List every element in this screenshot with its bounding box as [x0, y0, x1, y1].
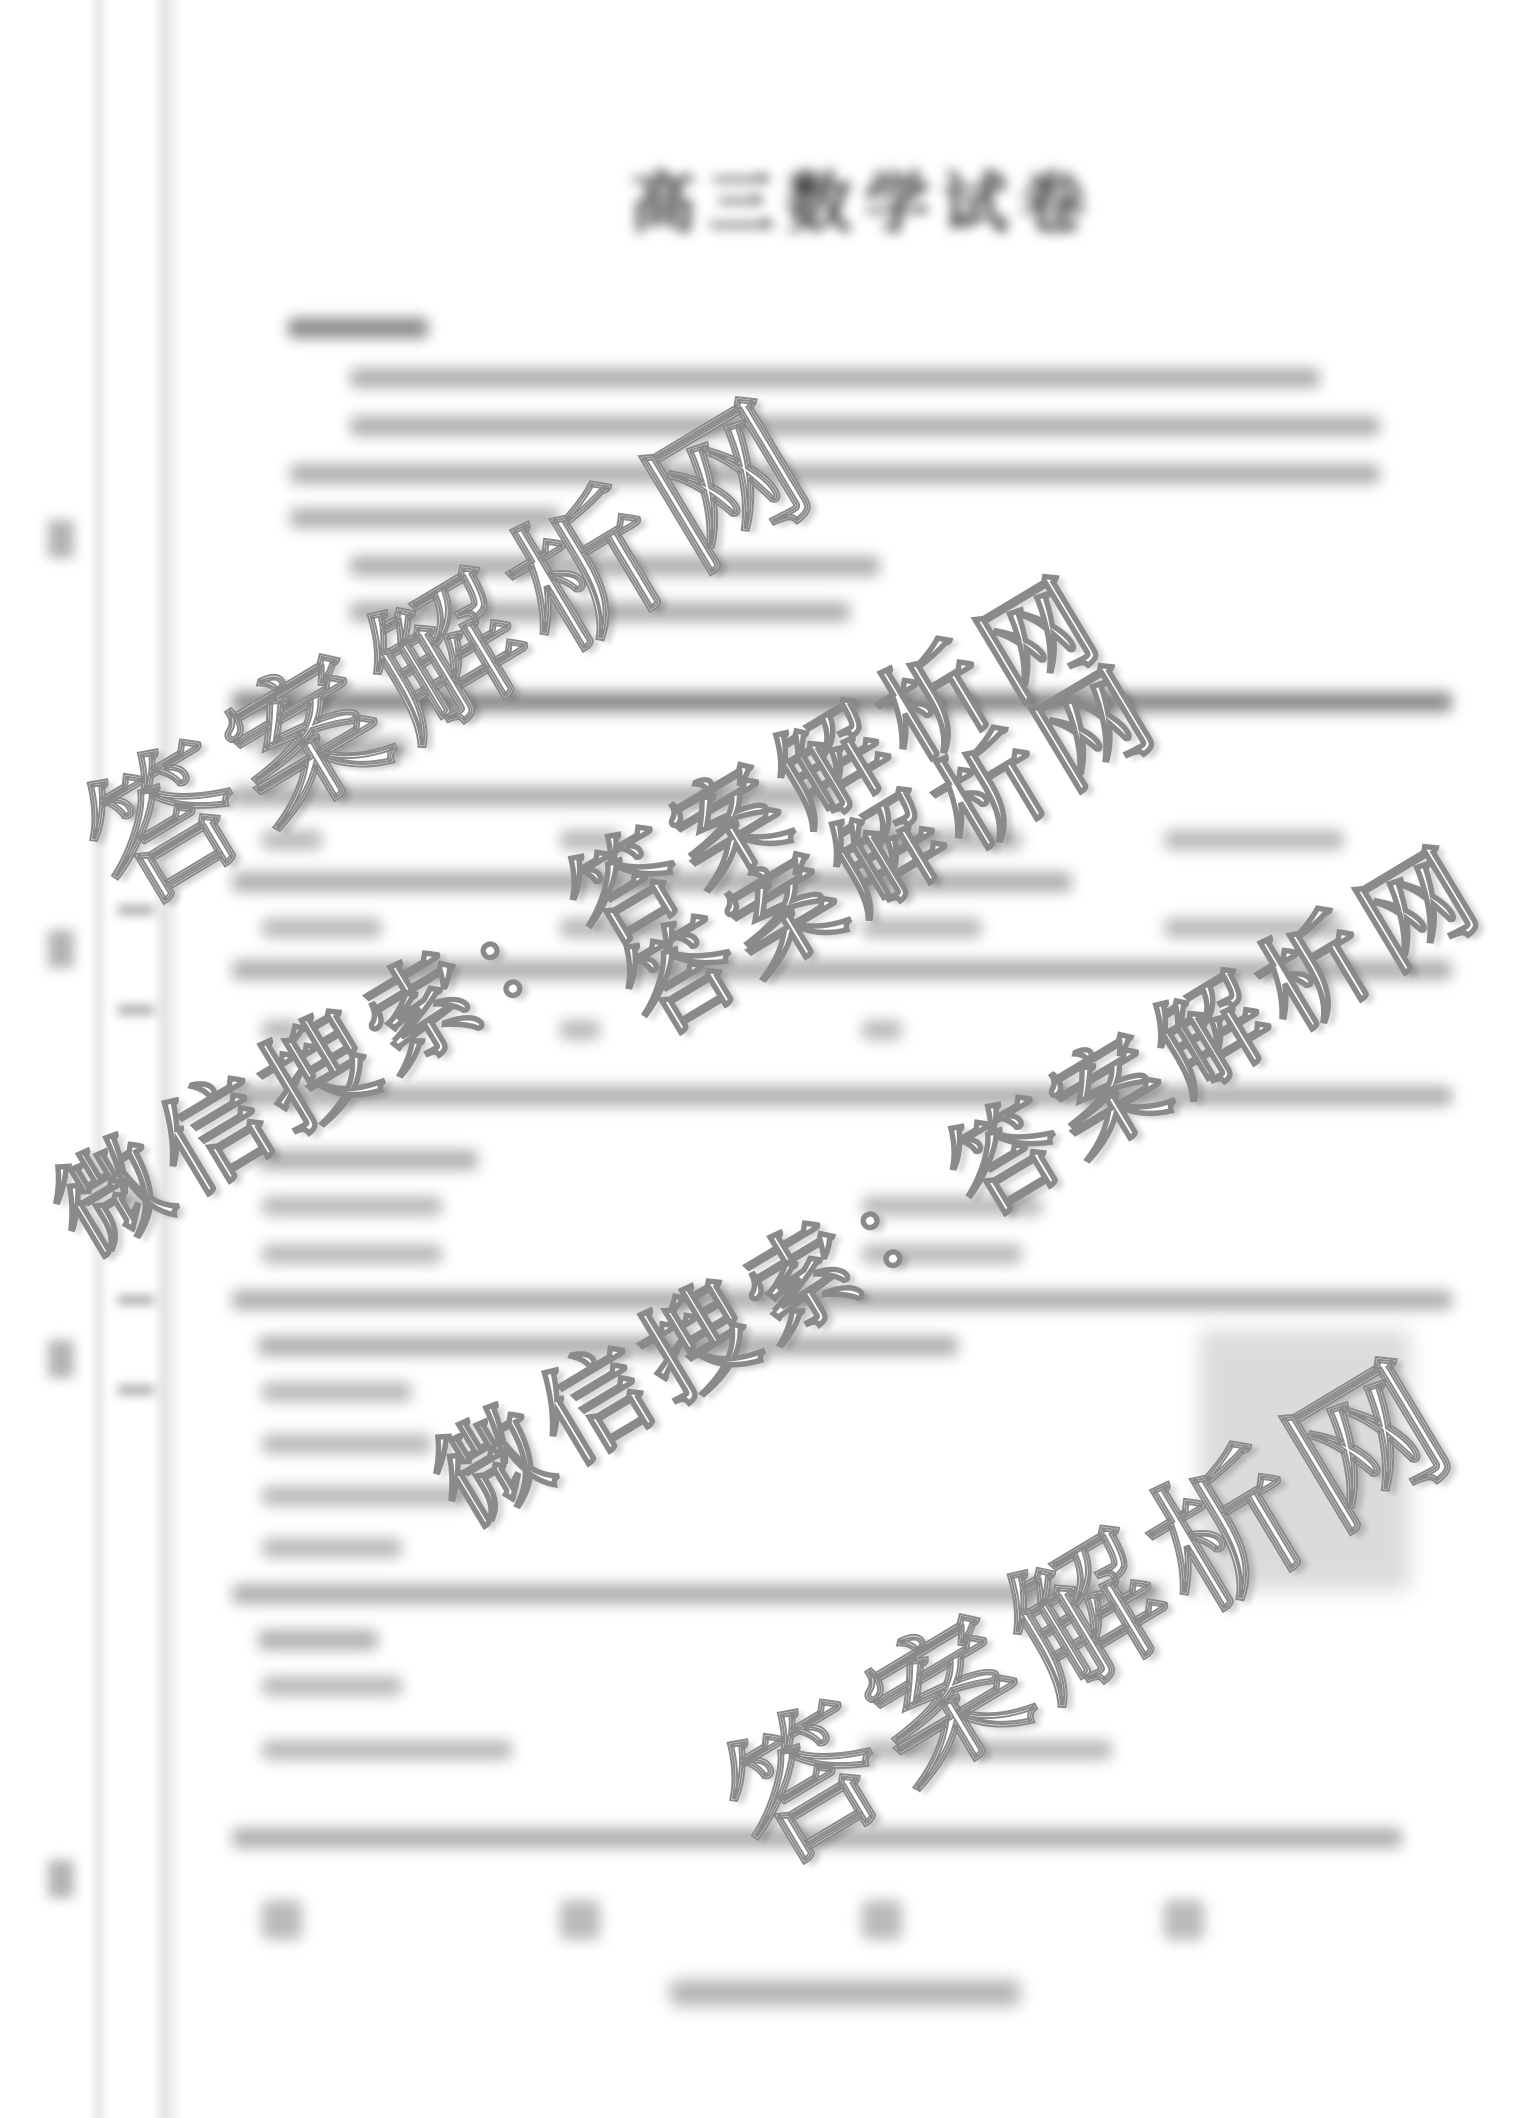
binding-mark	[118, 1295, 154, 1305]
binding-label	[48, 1860, 74, 1898]
option	[862, 1900, 902, 1940]
binding-label	[48, 1340, 74, 1378]
option	[1164, 1900, 1204, 1940]
option	[262, 1538, 402, 1558]
option	[1164, 830, 1344, 850]
binding-margin-strip	[88, 0, 110, 2118]
binding-label	[48, 930, 74, 968]
page-footer	[670, 1980, 1020, 2006]
option	[560, 1020, 600, 1040]
instructions-heading	[288, 318, 428, 338]
page-title: 高三数学试卷	[630, 150, 1098, 245]
text-line	[350, 416, 1380, 436]
binding-label	[48, 520, 74, 558]
text-line	[290, 464, 1380, 484]
option	[262, 1434, 432, 1454]
option	[862, 1020, 902, 1040]
text-line	[350, 368, 1320, 388]
option	[262, 1900, 302, 1940]
option	[262, 1244, 442, 1264]
binding-mark	[118, 1005, 154, 1015]
text-line	[258, 1630, 378, 1650]
option	[262, 1196, 442, 1216]
binding-mark	[118, 1385, 154, 1395]
option	[262, 918, 382, 938]
option	[262, 1740, 512, 1760]
option	[262, 1676, 402, 1696]
option	[262, 1382, 412, 1402]
option	[560, 1900, 600, 1940]
